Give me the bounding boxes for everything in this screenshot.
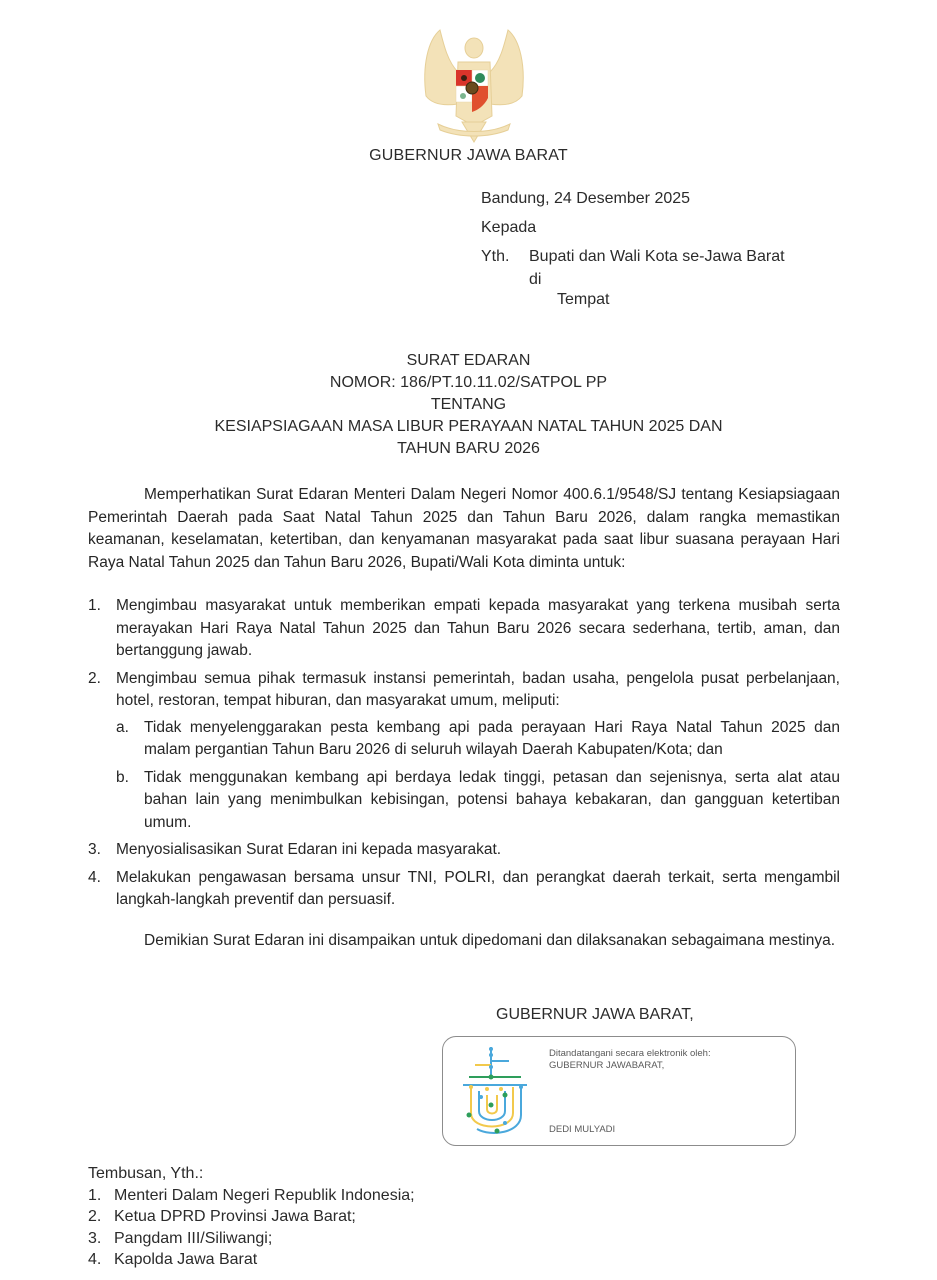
sub-list: a. Tidak menyelenggarakan pesta kembang … xyxy=(116,717,840,835)
carbon-copy-section: Tembusan, Yth.: 1.Menteri Dalam Negeri R… xyxy=(88,1163,415,1271)
closing-paragraph: Demikian Surat Edaran ini disampaikan un… xyxy=(88,930,840,953)
yth-label: Yth. xyxy=(481,248,529,266)
esign-statement: Ditandatangani secara elektronik oleh: xyxy=(549,1048,711,1059)
instruction-list: 1. Mengimbau masyarakat untuk memberikan… xyxy=(88,595,840,917)
list-number: 1. xyxy=(88,595,101,618)
recipient-line: Yth.Bupati dan Wali Kota se-Jawa Barat xyxy=(481,248,785,266)
list-text: Menyosialisasikan Surat Edaran ini kepad… xyxy=(116,841,501,858)
list-number: 4. xyxy=(88,867,101,890)
list-number: 2. xyxy=(88,668,101,691)
signatory-name: DEDI MULYADI xyxy=(549,1124,615,1135)
carbon-copy-item: 2.Ketua DPRD Provinsi Jawa Barat; xyxy=(88,1206,415,1228)
cc-number: 1. xyxy=(88,1185,101,1207)
letterhead-title: GUBERNUR JAWA BARAT xyxy=(0,147,937,165)
cc-text: Pangdam III/Siliwangi; xyxy=(114,1230,272,1247)
cc-text: Kapolda Jawa Barat xyxy=(114,1251,257,1268)
title-line-subject-1: KESIAPSIAGAAN MASA LIBUR PERAYAAN NATAL … xyxy=(0,416,937,438)
electronic-signature-box: Ditandatangani secara elektronik oleh: G… xyxy=(442,1036,796,1146)
title-line-subject-2: TAHUN BARU 2026 xyxy=(0,438,937,460)
carbon-copy-list: 1.Menteri Dalam Negeri Republik Indonesi… xyxy=(88,1185,415,1271)
list-text: Melakukan pengawasan bersama unsur TNI, … xyxy=(116,869,840,909)
electronic-signature-logo-icon xyxy=(461,1043,529,1139)
list-number: 3. xyxy=(88,839,101,862)
sub-list-item: b. Tidak menggunakan kembang api berdaya… xyxy=(116,767,840,835)
carbon-copy-item: 1.Menteri Dalam Negeri Republik Indonesi… xyxy=(88,1185,415,1207)
list-item: 2. Mengimbau semua pihak termasuk instan… xyxy=(88,668,840,835)
sub-list-text: Tidak menggunakan kembang api berdaya le… xyxy=(144,769,840,831)
cc-number: 3. xyxy=(88,1228,101,1250)
carbon-copy-item: 3.Pangdam III/Siliwangi; xyxy=(88,1228,415,1250)
list-item: 4. Melakukan pengawasan bersama unsur TN… xyxy=(88,867,840,912)
list-item: 3. Menyosialisasikan Surat Edaran ini ke… xyxy=(88,839,840,862)
sub-list-letter: b. xyxy=(116,767,129,790)
kepada-label: Kepada xyxy=(481,219,536,237)
cc-number: 4. xyxy=(88,1249,101,1271)
sub-list-text: Tidak menyelenggarakan pesta kembang api… xyxy=(144,719,840,759)
list-item: 1. Mengimbau masyarakat untuk memberikan… xyxy=(88,595,840,663)
cc-number: 2. xyxy=(88,1206,101,1228)
cc-text: Menteri Dalam Negeri Republik Indonesia; xyxy=(114,1187,415,1204)
esign-signatory-title: GUBERNUR JAWABARAT, xyxy=(549,1060,664,1071)
list-text: Mengimbau masyarakat untuk memberikan em… xyxy=(116,597,840,659)
cc-text: Ketua DPRD Provinsi Jawa Barat; xyxy=(114,1208,356,1225)
sub-list-item: a. Tidak menyelenggarakan pesta kembang … xyxy=(116,717,840,762)
title-line-surat-edaran: SURAT EDARAN xyxy=(0,350,937,372)
document-title: SURAT EDARAN NOMOR: 186/PT.10.11.02/SATP… xyxy=(0,350,937,460)
carbon-copy-label: Tembusan, Yth.: xyxy=(88,1163,415,1185)
recipient: Bupati dan Wali Kota se-Jawa Barat xyxy=(529,248,785,265)
tempat-label: Tempat xyxy=(557,291,609,309)
garuda-emblem-icon xyxy=(418,26,530,144)
letter-page: GUBERNUR JAWA BARAT Bandung, 24 Desember… xyxy=(0,0,937,1280)
sub-list-letter: a. xyxy=(116,717,129,740)
place-date: Bandung, 24 Desember 2025 xyxy=(481,190,690,208)
di-label: di xyxy=(529,271,541,289)
signatory-title: GUBERNUR JAWA BARAT, xyxy=(496,1006,694,1024)
title-line-tentang: TENTANG xyxy=(0,394,937,416)
title-line-nomor: NOMOR: 186/PT.10.11.02/SATPOL PP xyxy=(0,372,937,394)
intro-paragraph: Memperhatikan Surat Edaran Menteri Dalam… xyxy=(88,484,840,574)
list-text: Mengimbau semua pihak termasuk instansi … xyxy=(116,670,840,710)
carbon-copy-item: 4.Kapolda Jawa Barat xyxy=(88,1249,415,1271)
